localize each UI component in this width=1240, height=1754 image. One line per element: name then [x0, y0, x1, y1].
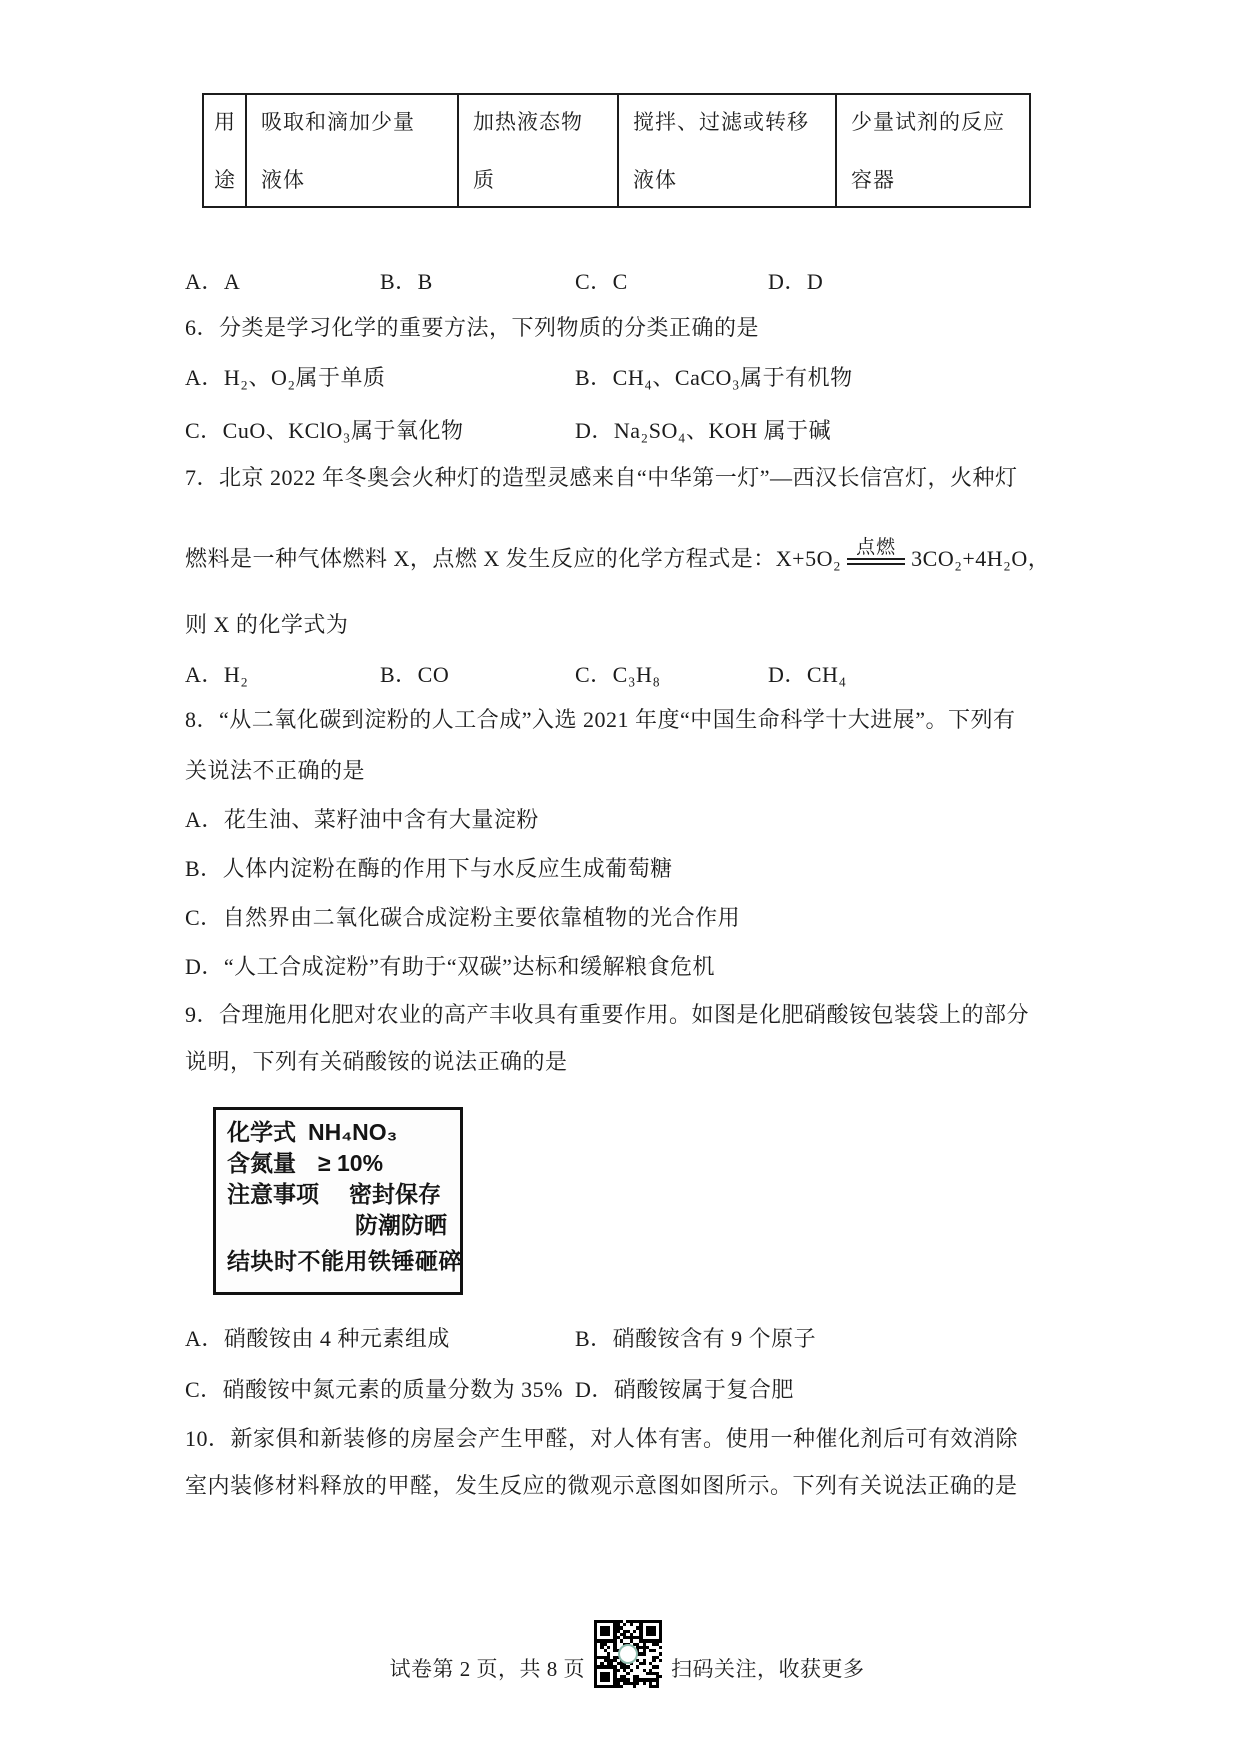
q5-option-b: B．B [380, 268, 433, 295]
q7-option-c: C．C₃H₈ [575, 661, 661, 688]
q8-stem-line2: 关说法不正确的是 [185, 757, 365, 784]
q7-option-a: A．H₂ [185, 661, 248, 688]
q7-stem-line3: 则 X 的化学式为 [185, 611, 348, 638]
fert-label-warning-row: 结块时不能用铁锤砸碎 [227, 1246, 451, 1277]
fert-notice-value2: 防潮防晒 [355, 1210, 447, 1241]
instrument-use-table: 用 途 吸取和滴加少量 液体 加热液态物 质 搅拌、过滤或转移 液体 少量试剂的… [202, 93, 1031, 208]
q9-option-b: B．硝酸铵含有 9 个原子 [575, 1325, 816, 1352]
q6-options-row-2: C．CuO、KClO₃属于氧化物 D．Na₂SO₄、KOH 属于碱 [185, 417, 1145, 447]
page-footer: 试卷第 2 页，共 8 页 扫码关注，收获更多 [0, 1620, 1240, 1688]
table-cell-line: 质 [473, 169, 607, 192]
q7-stem-line1: 7．北京 2022 年冬奥会火种灯的造型灵感来自“中华第一灯”—西汉长信宫灯，火… [185, 464, 1018, 491]
table-cell-use-header: 用 途 [204, 95, 247, 206]
q7-option-b: B．CO [380, 661, 449, 688]
q8-option-c: C．自然界由二氧化碳合成淀粉主要依靠植物的光合作用 [185, 904, 740, 931]
table-cell-line: 加热液态物 [473, 111, 607, 134]
exam-paper-page: 用 途 吸取和滴加少量 液体 加热液态物 质 搅拌、过滤或转移 液体 少量试剂的… [0, 0, 1240, 1754]
q6-option-a: A．H₂、O₂属于单质 [185, 364, 386, 391]
fert-notice-value1: 密封保存 [349, 1179, 441, 1210]
fert-label-notice-row2: 防潮防晒 [227, 1210, 451, 1241]
table-cell-line: 少量试剂的反应 [851, 111, 1019, 134]
ignition-condition-label: 点燃 [856, 537, 896, 558]
q5-options-row: A．A B．B C．C D．D [185, 268, 1145, 298]
q9-stem-line2: 说明，下列有关硝酸铵的说法正确的是 [185, 1048, 568, 1075]
fert-formula-value: NH₄NO₃ [308, 1117, 397, 1148]
table-cell-line: 吸取和滴加少量 [261, 111, 447, 134]
q8-option-d: D．“人工合成淀粉”有助于“双碳”达标和缓解粮食危机 [185, 953, 715, 980]
fert-formula-key: 化学式 [227, 1117, 296, 1148]
q5-option-a: A．A [185, 268, 240, 295]
fert-nitrogen-key: 含氮量 [227, 1148, 296, 1179]
q7-options-row: A．H₂ B．CO C．C₃H₈ D．CH₄ [185, 661, 1145, 691]
fert-notice-key: 注意事项 [227, 1179, 319, 1210]
q6-stem: 6．分类是学习化学的重要方法，下列物质的分类正确的是 [185, 314, 759, 341]
fert-nitrogen-value: ≥ 10% [318, 1148, 383, 1179]
ignition-condition-symbol: 点燃 [847, 537, 905, 565]
q9-option-c: C．硝酸铵中氮元素的质量分数为 35% [185, 1376, 563, 1403]
qr-code [594, 1620, 662, 1688]
table-cell-heating-use: 加热液态物 质 [459, 95, 619, 206]
equation-double-bar [847, 558, 905, 565]
q6-option-c: C．CuO、KClO₃属于氧化物 [185, 417, 463, 444]
q8-option-b: B．人体内淀粉在酶的作用下与水反应生成葡萄糖 [185, 855, 673, 882]
q5-option-c: C．C [575, 268, 628, 295]
table-cell-stirring-use: 搅拌、过滤或转移 液体 [619, 95, 837, 206]
q7-equation-suffix: 3CO₂+4H₂O， [911, 545, 1050, 572]
table-cell-reaction-vessel-use: 少量试剂的反应 容器 [837, 95, 1029, 206]
table-cell-line: 途 [214, 169, 235, 192]
q6-option-d: D．Na₂SO₄、KOH 属于碱 [575, 417, 831, 444]
q10-stem-line2: 室内装修材料释放的甲醛，发生反应的微观示意图如图所示。下列有关说法正确的是 [185, 1472, 1018, 1499]
q6-options-row-1: A．H₂、O₂属于单质 B．CH₄、CaCO₃属于有机物 [185, 364, 1145, 394]
q5-option-d: D．D [768, 268, 823, 295]
q7-equation-prefix: 燃料是一种气体燃料 X，点燃 X 发生反应的化学方程式是：X+5O₂ [185, 545, 841, 572]
q7-option-d: D．CH₄ [768, 661, 847, 688]
fert-label-formula-row: 化学式 NH₄NO₃ [227, 1117, 451, 1148]
q9-options-row-2: C．硝酸铵中氮元素的质量分数为 35% D．硝酸铵属于复合肥 [185, 1376, 1145, 1406]
q9-stem-line1: 9．合理施用化肥对农业的高产丰收具有重要作用。如图是化肥硝酸铵包装袋上的部分 [185, 1001, 1029, 1028]
q10-stem-line1: 10．新家俱和新装修的房屋会产生甲醛，对人体有害。使用一种催化剂后可有效消除 [185, 1425, 1018, 1452]
qr-caption: 扫码关注，收获更多 [671, 1657, 865, 1681]
table-cell-dropper-use: 吸取和滴加少量 液体 [247, 95, 459, 206]
table-cell-line: 容器 [851, 169, 1019, 192]
q9-options-row-1: A．硝酸铵由 4 种元素组成 B．硝酸铵含有 9 个原子 [185, 1325, 1145, 1355]
table-cell-line: 搅拌、过滤或转移 [633, 111, 825, 134]
fert-label-notice-row: 注意事项 密封保存 [227, 1179, 451, 1210]
q7-equation-line: 燃料是一种气体燃料 X，点燃 X 发生反应的化学方程式是：X+5O₂ 点燃 3C… [185, 537, 1050, 572]
table-cell-line: 液体 [633, 169, 825, 192]
table-cell-line: 用 [214, 111, 235, 134]
q6-option-b: B．CH₄、CaCO₃属于有机物 [575, 364, 853, 391]
fertilizer-bag-label: 化学式 NH₄NO₃ 含氮量 ≥ 10% 注意事项 密封保存 防潮防晒 结块时不… [213, 1107, 463, 1295]
q8-option-a: A．花生油、菜籽油中含有大量淀粉 [185, 806, 539, 833]
q9-option-a: A．硝酸铵由 4 种元素组成 [185, 1325, 450, 1352]
table-cell-line: 液体 [261, 169, 447, 192]
fert-warning-text: 结块时不能用铁锤砸碎 [227, 1246, 462, 1277]
fert-label-nitrogen-row: 含氮量 ≥ 10% [227, 1148, 451, 1179]
q8-stem-line1: 8．“从二氧化碳到淀粉的人工合成”入选 2021 年度“中国生命科学十大进展”。… [185, 706, 1016, 733]
q9-option-d: D．硝酸铵属于复合肥 [575, 1376, 794, 1403]
page-number-label: 试卷第 2 页，共 8 页 [390, 1657, 586, 1681]
